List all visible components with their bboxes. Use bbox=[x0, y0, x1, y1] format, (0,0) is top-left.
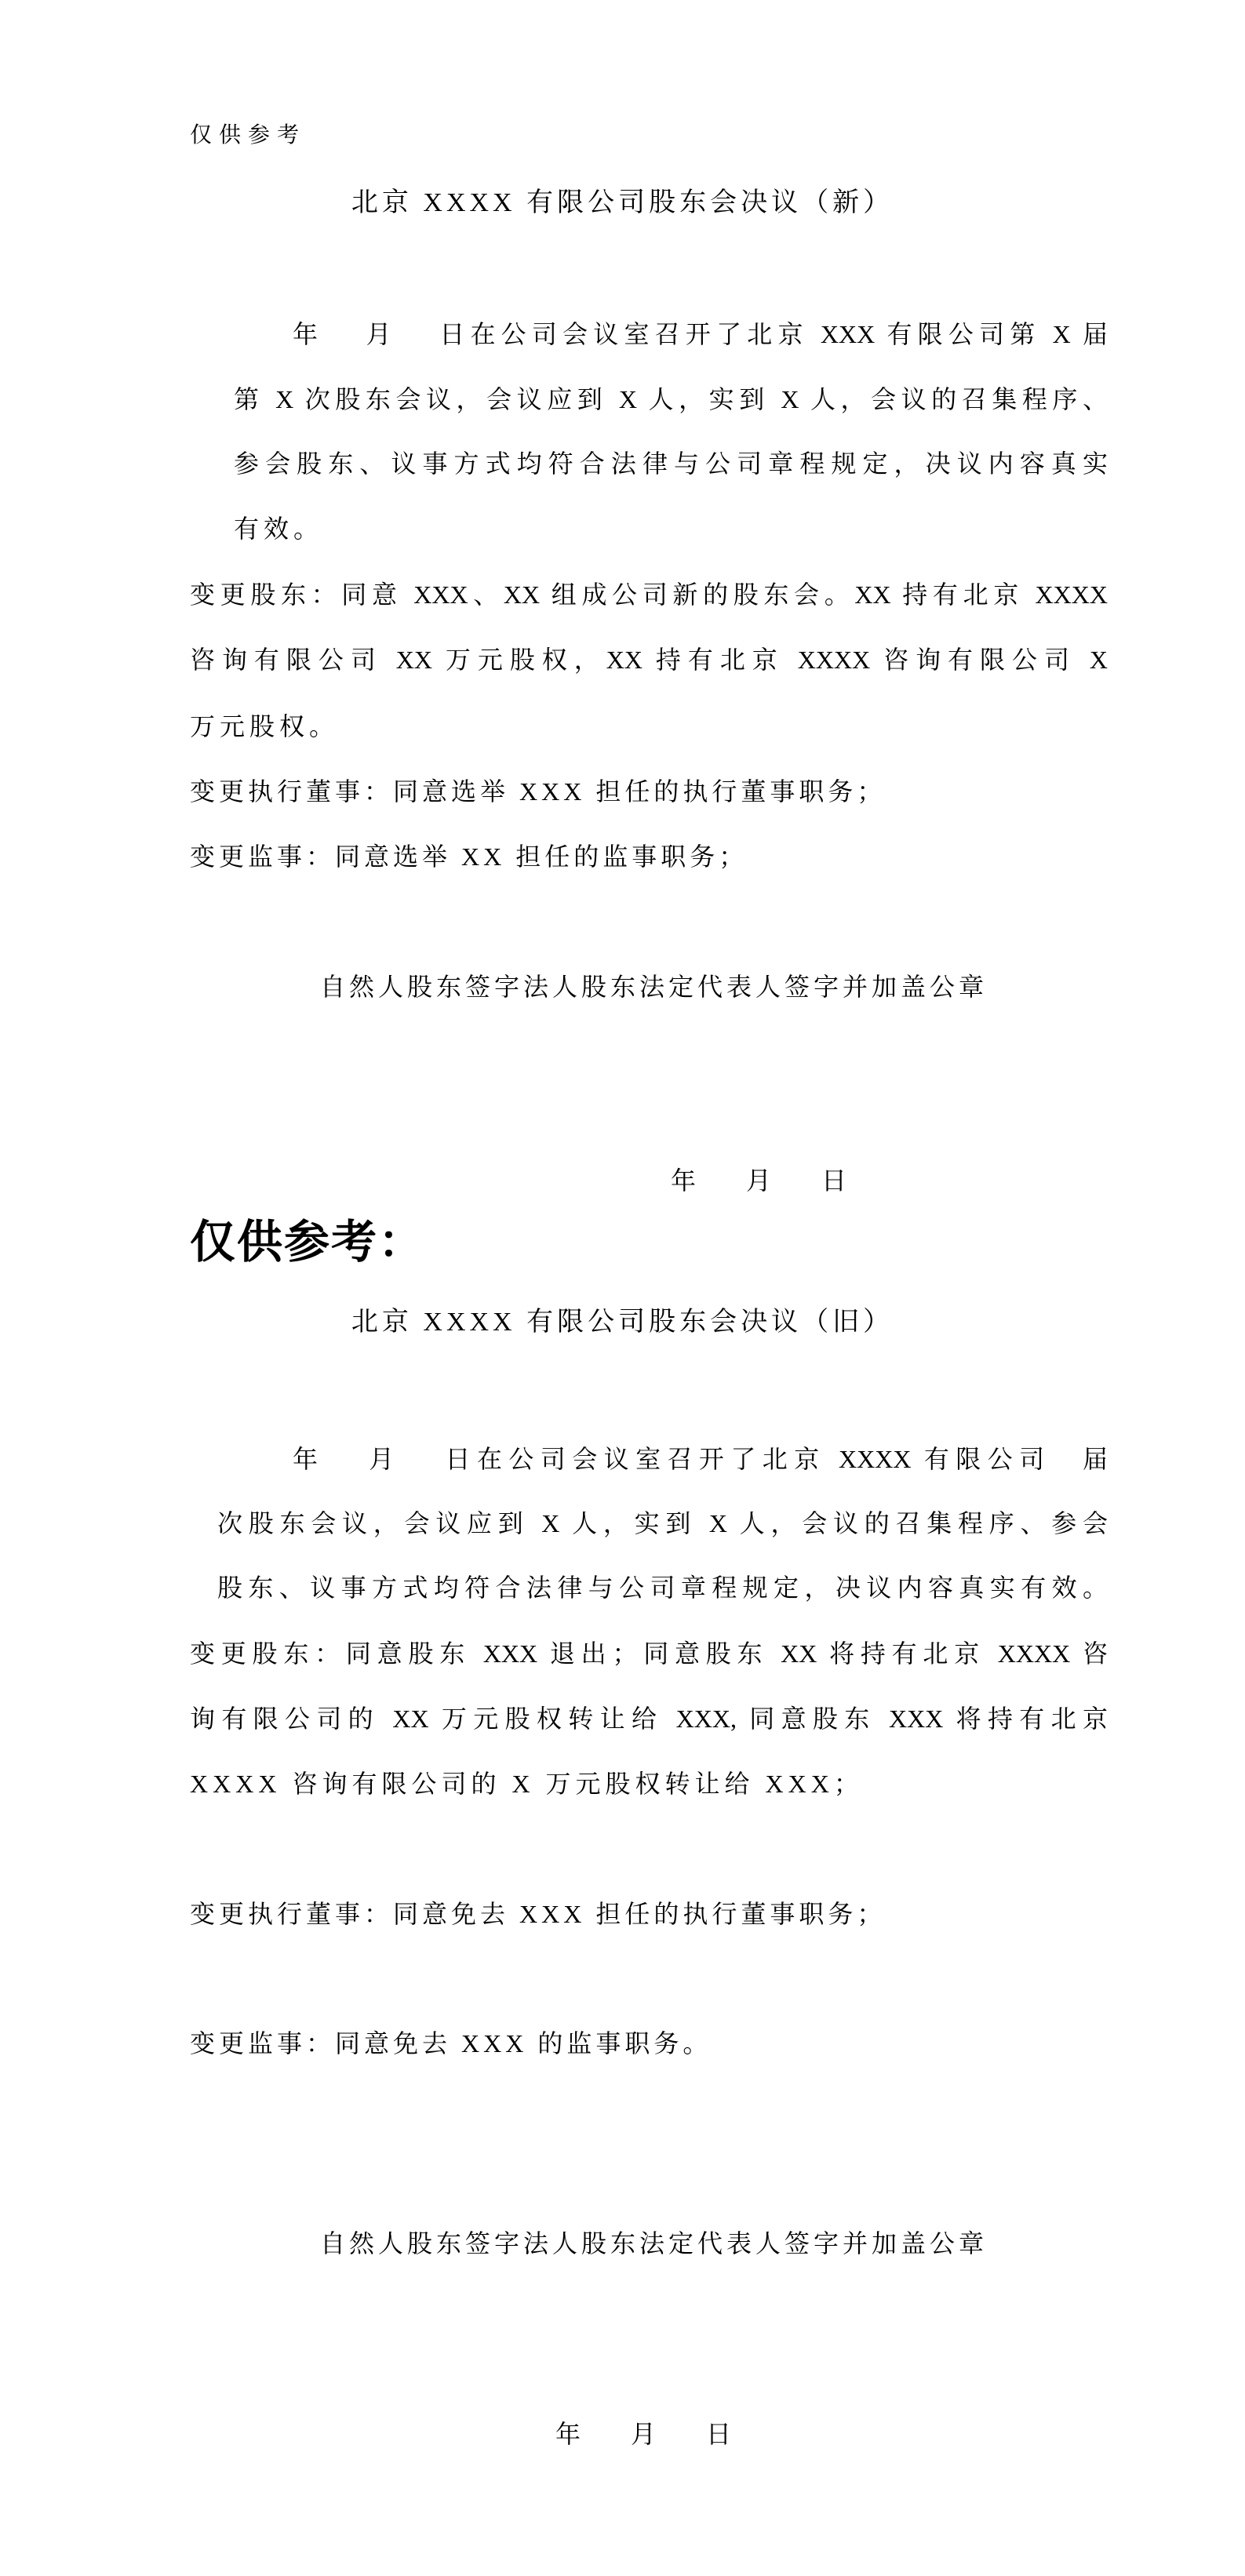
resolution-new-para1-line1: 年 月 日在公司会议室召开了北京 XXX 有限公司第 X 届 bbox=[293, 320, 1108, 350]
resolution-new-shareholder-line3: 万元股权。 bbox=[190, 712, 339, 742]
resolution-new-signature-line: 自然人股东签字法人股东法定代表人签字并加盖公章 bbox=[320, 973, 988, 1002]
resolution-new-shareholder-line2: 咨询有限公司 XX 万元股权，XX 持有北京 XXXX 咨询有限公司 X bbox=[190, 646, 1108, 675]
resolution-new-para1-line2: 第 X 次股东会议，会议应到 X 人，实到 X 人，会议的召集程序、 bbox=[234, 385, 1108, 415]
resolution-old-shareholder-line1: 变更股东：同意股东 XXX 退出；同意股东 XX 将持有北京 XXXX 咨 bbox=[190, 1639, 1108, 1669]
resolution-old-change-supervisor: 变更监事：同意免去 XXX 的监事职务。 bbox=[190, 2029, 712, 2059]
resolution-old-change-director: 变更执行董事：同意免去 XXX 担任的执行董事职务； bbox=[190, 1900, 886, 1930]
resolution-new-date-line: 年 月 日 bbox=[671, 1166, 846, 1196]
document-page: 仅供参考 北京 XXXX 有限公司股东会决议（新） 年 月 日在公司会议室召开了… bbox=[0, 0, 1245, 2576]
reference-heading: 仅供参考： bbox=[190, 1216, 425, 1269]
resolution-old-signature-line: 自然人股东签字法人股东法定代表人签字并加盖公章 bbox=[320, 2229, 988, 2259]
resolution-old-para1-line2: 次股东会议，会议应到 X 人，实到 X 人，会议的召集程序、参会 bbox=[217, 1509, 1108, 1539]
resolution-new-para1-line4: 有效。 bbox=[234, 515, 323, 544]
resolution-old-title: 北京 XXXX 有限公司股东会决议（旧） bbox=[0, 1307, 1245, 1338]
resolution-new-title: 北京 XXXX 有限公司股东会决议（新） bbox=[0, 187, 1245, 219]
resolution-old-date-line: 年 月 日 bbox=[555, 2420, 731, 2450]
resolution-old-shareholder-line3: XXXX 咨询有限公司的 X 万元股权转让给 XXX； bbox=[190, 1770, 864, 1799]
resolution-old-para1-line1: 年 月 日在公司会议室召开了北京 XXXX 有限公司 届 bbox=[293, 1445, 1108, 1475]
resolution-old-shareholder-line2: 询有限公司的 XX 万元股权转让给 XXX, 同意股东 XXX 将持有北京 bbox=[190, 1705, 1108, 1734]
resolution-old-para1-line3: 股东、议事方式均符合法律与公司章程规定，决议内容真实有效。 bbox=[217, 1574, 1108, 1603]
resolution-new-para1-line3: 参会股东、议事方式均符合法律与公司章程规定，决议内容真实 bbox=[234, 449, 1108, 479]
resolution-new-change-supervisor: 变更监事：同意选举 XX 担任的监事职务； bbox=[190, 842, 748, 872]
resolution-new-shareholder-line1: 变更股东：同意 XXX、XX 组成公司新的股东会。XX 持有北京 XXXX bbox=[190, 580, 1108, 610]
reference-note: 仅供参考 bbox=[190, 122, 306, 148]
resolution-new-change-director: 变更执行董事：同意选举 XXX 担任的执行董事职务； bbox=[190, 777, 886, 807]
